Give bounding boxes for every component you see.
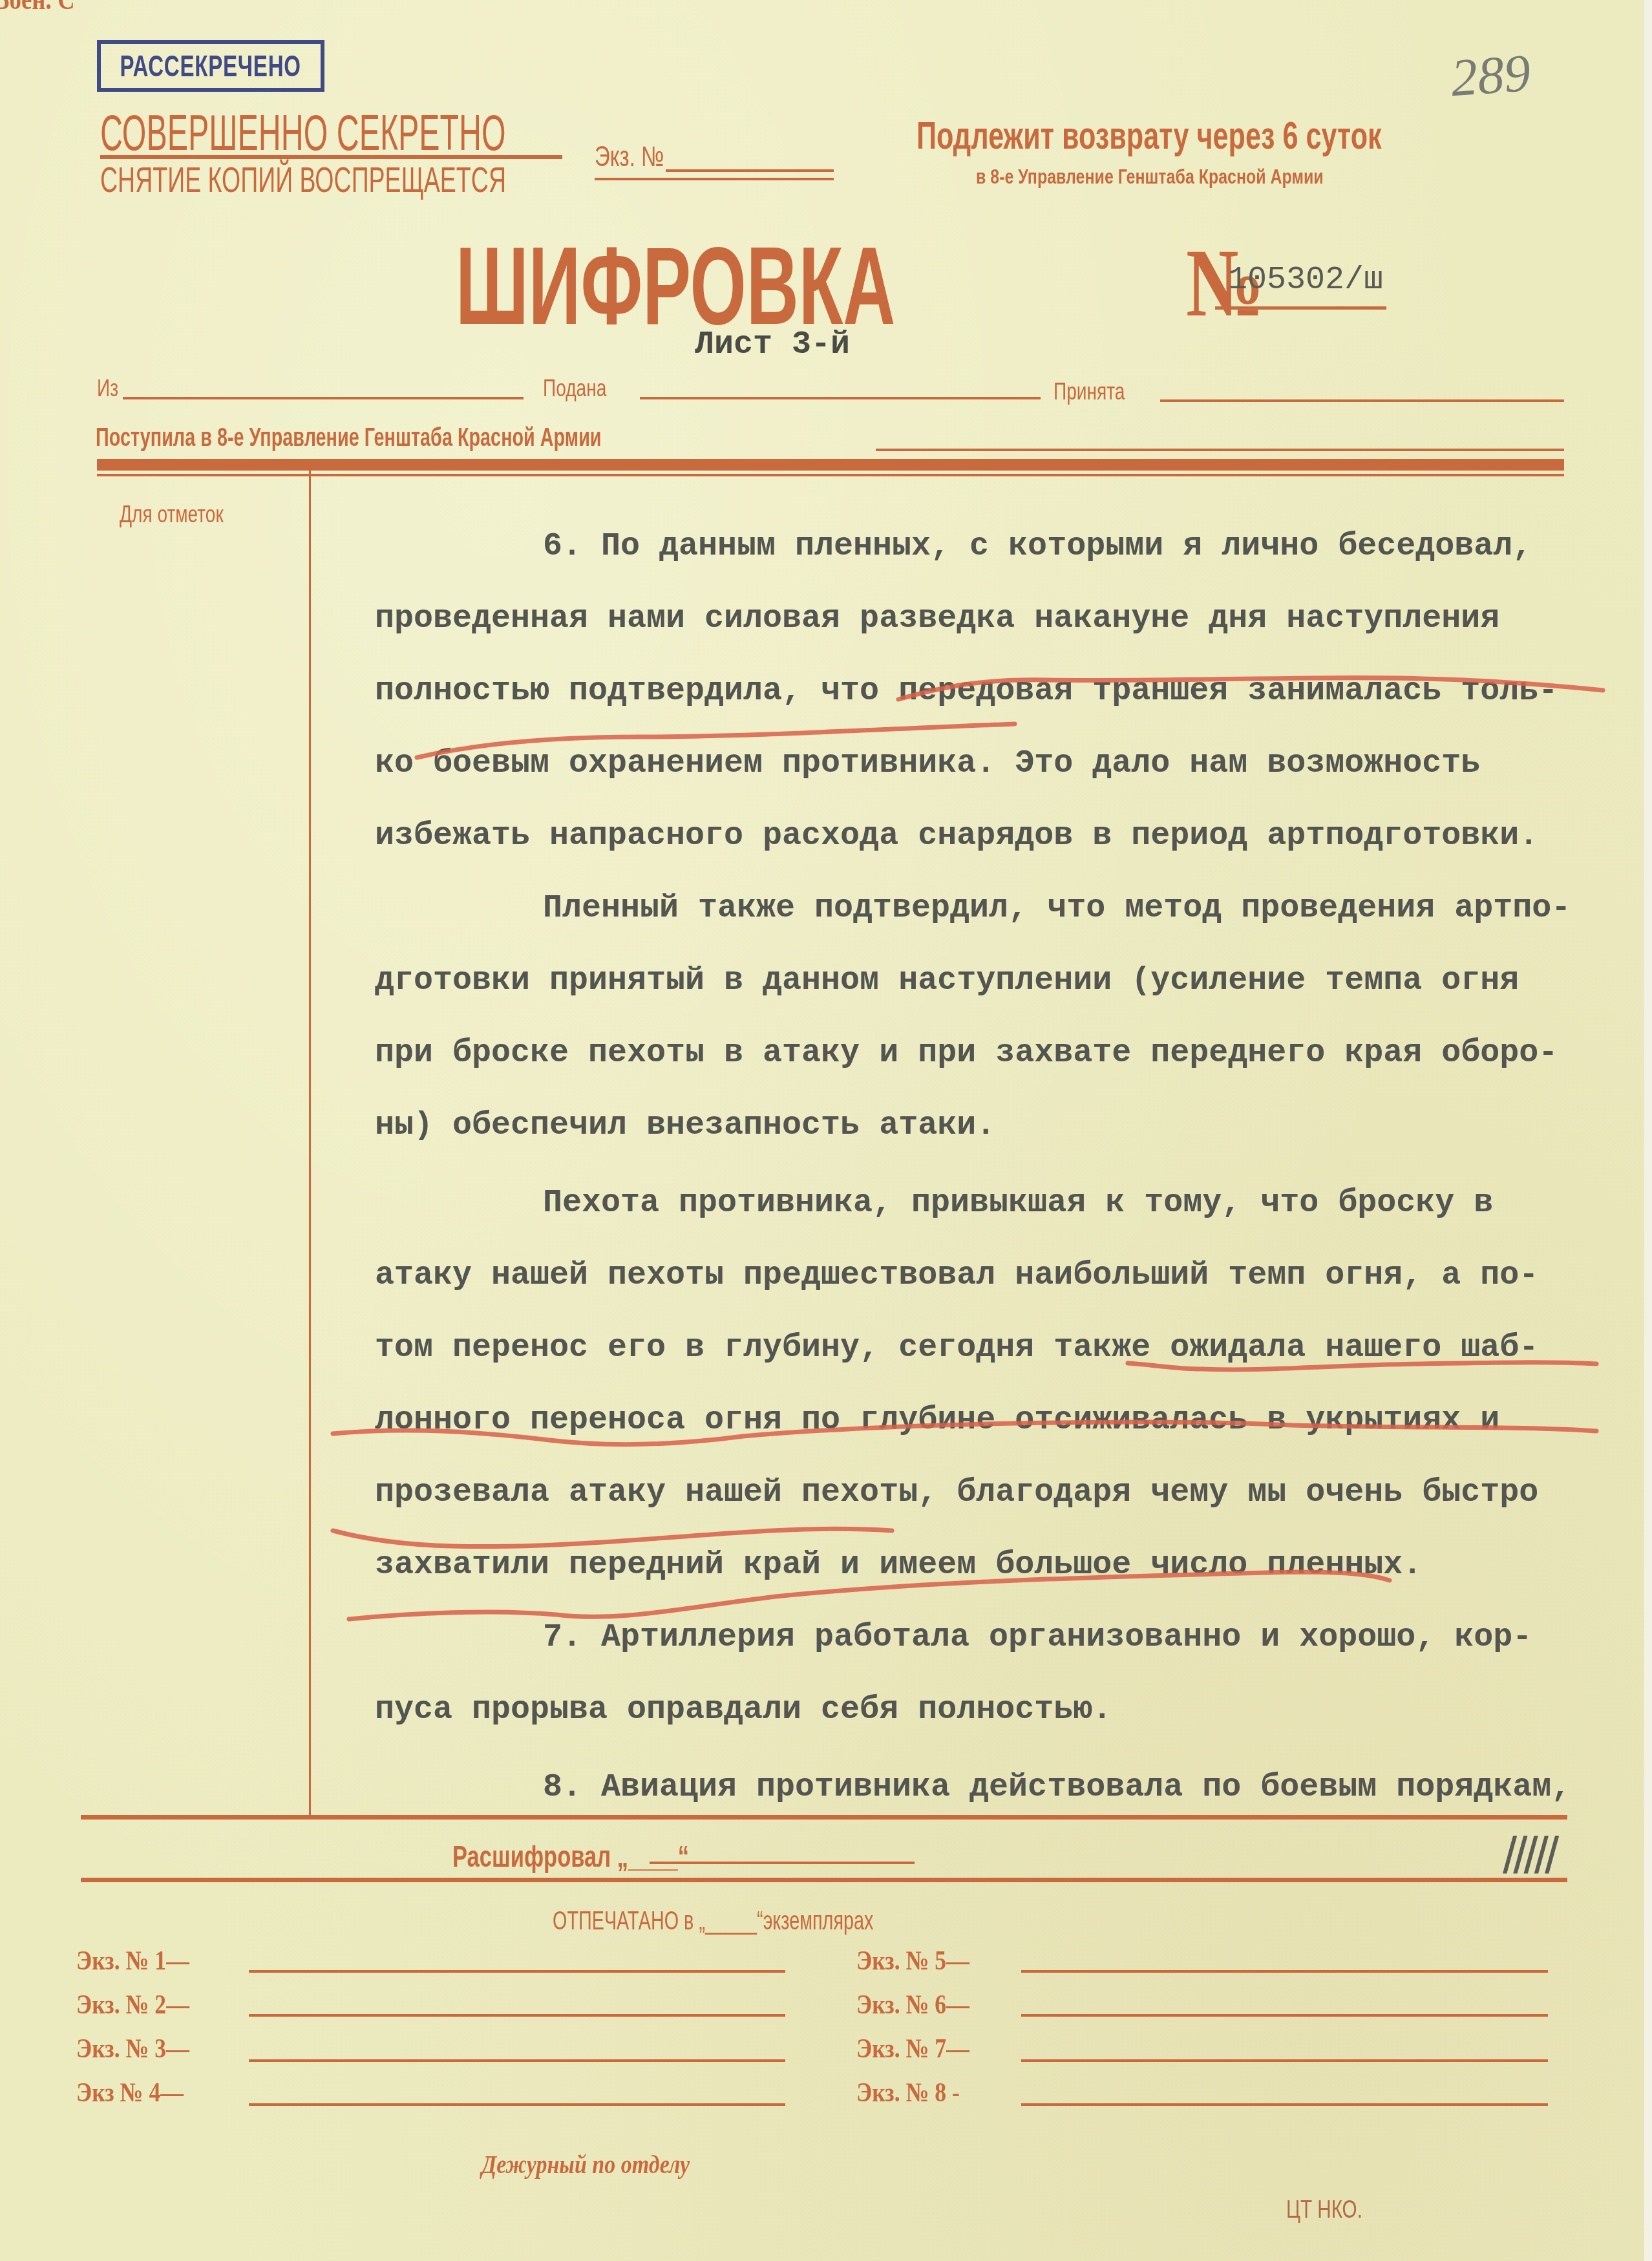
received-label: Поступила в 8-е Управление Генштаба Крас… xyxy=(96,423,798,452)
body-line: Пленный также подтвердил, что метод пров… xyxy=(375,873,1616,945)
margin-notes-label: Для отметок xyxy=(120,501,253,528)
header-thin-divider xyxy=(97,474,1564,476)
footer-divider-bottom xyxy=(81,1878,1567,1882)
submitted-label: Подана xyxy=(543,375,624,402)
body-line: захватили передний край и имеем большое … xyxy=(375,1529,1616,1602)
body-line: ны) обеспечил внезапность атаки. xyxy=(375,1090,1616,1162)
body-line: 7. Артиллерия работала организованно и х… xyxy=(375,1602,1616,1674)
issuer-label: ЦТ НКО. xyxy=(1286,2196,1384,2224)
body-line: 6. По данным пленных, с которыми я лично… xyxy=(375,511,1616,583)
copy-7-field[interactable] xyxy=(1021,2059,1548,2062)
body-line: пуса прорыва оправдали себя полностью. xyxy=(375,1674,1616,1746)
copy-1-field[interactable] xyxy=(249,1970,785,1973)
printed-copies-label: ОТПЕЧАТАНО в „_____“экземплярах xyxy=(553,1907,998,1936)
corner-fragment-text: Воен. С xyxy=(0,0,95,16)
from-field[interactable] xyxy=(123,397,524,399)
body-line: при броске пехоты в атаку и при захвате … xyxy=(375,1017,1616,1090)
declassified-stamp: РАССЕКРЕЧЕНО xyxy=(97,40,324,92)
body-line: проведенная нами силовая разведка накану… xyxy=(375,583,1616,655)
footer-divider-top xyxy=(81,1815,1567,1820)
copy-row-1: Экз. № 1— xyxy=(76,1946,209,1977)
copy-number-field[interactable] xyxy=(666,169,834,172)
copy-number-label: Экз. № xyxy=(595,141,687,173)
body-line: Пехота противника, привыкшая к тому, что… xyxy=(375,1167,1616,1240)
copy-4-field[interactable] xyxy=(249,2103,785,2106)
handwritten-sheet-number: 289 xyxy=(1449,43,1532,109)
cipher-number-underline xyxy=(1215,306,1386,310)
body-line: дготовки принятый в данном наступлении (… xyxy=(375,945,1616,1017)
accepted-field[interactable] xyxy=(1160,399,1564,402)
decoded-by-field[interactable] xyxy=(650,1862,915,1864)
page-edge xyxy=(1644,0,1652,2261)
copy-row-4: Экз № 4— xyxy=(76,2077,202,2108)
copy-row-2: Экз. № 2— xyxy=(76,1990,209,2021)
copy-8-field[interactable] xyxy=(1021,2103,1548,2106)
copy-row-7: Экз. № 7— xyxy=(856,2033,990,2065)
body-line: атаку нашей пехоты предшествовал наиболь… xyxy=(375,1240,1616,1312)
copy-row-5: Экз. № 5— xyxy=(856,1946,990,1977)
return-notice: Подлежит возврату через 6 суток xyxy=(916,113,1563,158)
body-line: том перенос его в глубину, сегодня также… xyxy=(375,1312,1616,1385)
body-line: лонного переноса огня по глубине отсижив… xyxy=(375,1385,1616,1457)
accepted-label: Принята xyxy=(1054,378,1145,405)
copy-row-6: Экз. № 6— xyxy=(856,1990,990,2021)
copy-3-field[interactable] xyxy=(249,2059,785,2062)
copy-6-field[interactable] xyxy=(1021,2014,1548,2017)
body-line: прозевала атаку нашей пехоты, благодаря … xyxy=(375,1457,1616,1529)
return-destination: в 8-е Управление Генштаба Красной Армии xyxy=(976,165,1421,189)
body-line: ко боевым охранением противника. Это дал… xyxy=(375,728,1616,800)
body-line: полностью подтвердила, что передовая тра… xyxy=(375,655,1616,728)
copy-5-field[interactable] xyxy=(1021,1970,1548,1973)
cipher-number-value: 105302/ш xyxy=(1228,262,1383,299)
slash-marks: ///// xyxy=(1503,1826,1555,1885)
decoded-by-label: Расшифровал „____“ xyxy=(452,1839,768,1874)
body-line: 8. Авиация противника действовала по бое… xyxy=(375,1752,1616,1824)
message-body: 6. По данным пленных, с которыми я лично… xyxy=(375,511,1616,1824)
copy-row-8: Экз. № 8 - xyxy=(856,2077,978,2108)
body-line: избежать напрасного расхода снарядов в п… xyxy=(375,800,1616,873)
copy-number-underline xyxy=(595,178,834,180)
sheet-label: Лист 3-й xyxy=(695,326,850,363)
received-field[interactable] xyxy=(876,449,1564,451)
copy-2-field[interactable] xyxy=(249,2014,785,2017)
copy-row-3: Экз. № 3— xyxy=(76,2033,209,2065)
header-thick-divider xyxy=(97,459,1564,471)
margin-divider xyxy=(309,471,311,1818)
duty-officer-label: Дежурный по отделу xyxy=(482,2149,726,2180)
from-label: Из xyxy=(97,375,124,402)
submitted-field[interactable] xyxy=(640,397,1041,399)
